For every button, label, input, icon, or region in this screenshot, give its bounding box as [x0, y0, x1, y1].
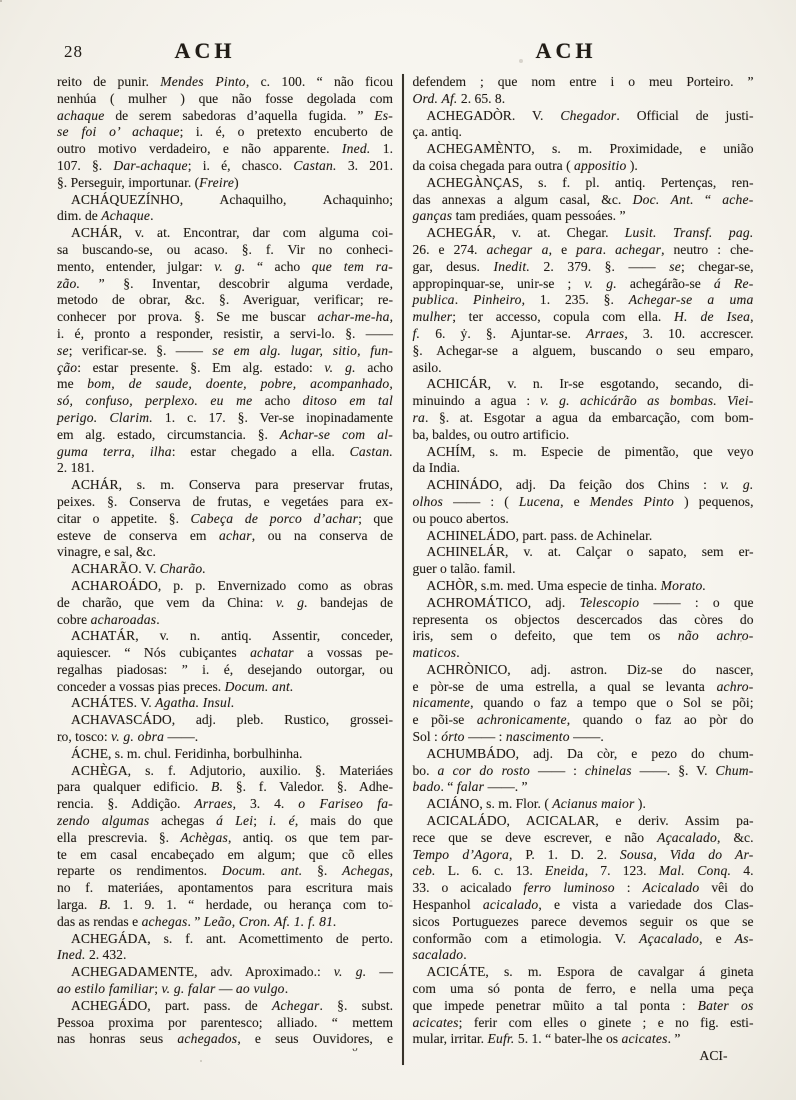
text-line: ACHEGADAMENTE, adv. Aproximado.: v. g. — — [57, 964, 393, 981]
text-line: mento, entender, julgar: v. g. “ acho qu… — [57, 259, 393, 276]
text-line: das as rendas e achegas. ” Leão, Cron. A… — [57, 914, 393, 931]
text-line: ACIÁNO, s. m. Flor. ( Acianus maior ). — [413, 796, 754, 813]
text-line: Ined. 2. 432. — [57, 947, 393, 964]
text-line: esteve de conserva em achar, ou na conse… — [57, 528, 393, 545]
text-line: ACHROMÁTICO, adj. Telescopio —— : o que — [413, 595, 754, 612]
text-line: nenhúa ( mulher ) que não fosse degolada… — [57, 91, 393, 108]
text-line: ella prescrevia. §. Achègas, antiq. os q… — [57, 830, 393, 847]
text-line: te em casal encabeçado em algum; que cõ … — [57, 847, 393, 864]
text-line: sa buscando-se, ou acaso. §. f. Vir no c… — [57, 242, 393, 259]
text-line: de charão, que vem da China: v. g. bande… — [57, 595, 393, 612]
text-line: defendem ; que nom entre i o meu Porteir… — [413, 74, 754, 91]
text-line: ACHÁR, v. at. Encontrar, dar com alguma … — [57, 225, 393, 242]
text-line: ACHRÒNICO, adj. astron. Diz-se do nascer… — [413, 662, 754, 679]
text-line: ra. §. at. Esgotar a agua da embarcação,… — [413, 410, 754, 427]
text-line: f. 6. ẏ. §. Ajuntar-se. Arraes, 3. 10. a… — [413, 326, 754, 343]
text-line: só, confuso, perplexo. eu me acho ditoso… — [57, 393, 393, 410]
text-line: olhos —— : ( Lucena, e Mendes Pinto ) pe… — [413, 494, 754, 511]
text-line: nas honras seus achegados, e seus Ouvido… — [57, 1031, 393, 1048]
text-line: e pòr-se de uma estrella, a qual se leva… — [413, 679, 754, 696]
text-line: 33. o acicalado ferro luminoso : Acicala… — [413, 880, 754, 897]
text-line: ÁCHE, s. m. chul. Feridinha, borbulhinha… — [57, 746, 393, 763]
text-line: mular, irritar. Eufr. 5. 1. “ bater-lhe … — [413, 1031, 754, 1048]
text-line: §. Perseguir, importunar. (Freire) — [57, 175, 393, 192]
text-line: para qualquer edificio. B. §. f. Valedor… — [57, 779, 393, 796]
text-line: ACHINELÁR, v. at. Calçar o sapato, sem e… — [413, 544, 754, 561]
text-line: regalhas piadosas: ” i. é, desejando out… — [57, 662, 393, 679]
text-line: Hespanhol acicalado, e vista a variedade… — [413, 897, 754, 914]
text-line: appropinquar-se, unir-se ; v. g. achegár… — [413, 276, 754, 293]
text-line: ACHARÃO. V. Charão. — [57, 561, 393, 578]
text-line: da coisa chegada para outra ( appositio … — [413, 158, 754, 175]
text-line: gar, desus. Inedit. 2. 379. §. —— se; ch… — [413, 259, 754, 276]
text-line: reparte os rendimentos. Docum. ant. §. A… — [57, 863, 393, 880]
text-line: ACHÁTES. V. Agatha. Insul. — [57, 695, 393, 712]
text-line: ACHÈGA, s. f. Adjutorio, auxilio. §. Mat… — [57, 763, 393, 780]
text-line: se foi o’ achaque; i. é, o pretexto encu… — [57, 124, 393, 141]
running-head-right: ACH — [536, 38, 597, 64]
text-line: sacalado. — [413, 947, 754, 964]
text-line: ACHEGAMÈNTO, s. m. Proximidade, e união — [413, 141, 754, 158]
text-line: rece que se deve escrever, e não Açacala… — [413, 830, 754, 847]
text-line: ganças tam prediáes, quam pessoáes. ” — [413, 208, 754, 225]
text-line: asilo. — [413, 360, 754, 377]
page-number: 28 — [64, 42, 83, 62]
text-line: metodo de obrar, &c. §. Averiguar, verif… — [57, 292, 393, 309]
text-line: ceb. L. 6. c. 13. Eneida, 7. 123. Mal. C… — [413, 863, 754, 880]
text-line: dim. de Achaque. — [57, 208, 393, 225]
text-line: outro motivo verdadeiro, e não apparente… — [57, 141, 393, 158]
text-line: no f. materiáes, apontamentos para escri… — [57, 880, 393, 897]
text-line: ACHAVASCÁDO, adj. pleb. Rustico, grossei… — [57, 712, 393, 729]
text-line: 107. §. Dar-achaque; i. é, chasco. Casta… — [57, 158, 393, 175]
text-line: ACHÁR, s. m. Conserva para preservar fru… — [57, 477, 393, 494]
text-line: conceder a vossas pias preces. Docum. an… — [57, 679, 393, 696]
text-line: ACHEGÀNÇAS, s. f. pl. antiq. Pertenças, … — [413, 175, 754, 192]
text-line: i. é, pronto a responder, resistir, a se… — [57, 326, 393, 343]
text-line: iris, sem o defeito, que tem os não achr… — [413, 628, 754, 645]
text-line: ACHINÁDO, adj. Da feição dos Chins : v. … — [413, 477, 754, 494]
text-line: ACHEGÁDA, s. f. ant. Acomettimento de pe… — [57, 931, 393, 948]
text-line: 26. e 274. achegar a, e para. achegar, n… — [413, 242, 754, 259]
text-line: em alg. estado, circumstancia. §. Achar-… — [57, 427, 393, 444]
text-line: ACHÍM, s. m. Especie de pimentão, que ve… — [413, 444, 754, 461]
text-line: e põi-se achronicamente, quando o faz ao… — [413, 712, 754, 729]
text-line: conhecer por prova. §. Se me buscar acha… — [57, 309, 393, 326]
text-line: ACHAROÁDO, p. p. Envernizado como as obr… — [57, 578, 393, 595]
text-line: ACHINELÁDO, part. pass. de Achinelar. — [413, 528, 754, 545]
page-header: 28 ACH ACH — [0, 38, 796, 72]
paper-noise — [0, 0, 2, 2]
text-line: ACHUMBÁDO, adj. Da còr, e pezo do chum- — [413, 746, 754, 763]
column-divider — [402, 74, 404, 1065]
text-line: 2. 181. — [57, 460, 393, 477]
text-line: publica. Pinheiro, 1. 235. §. Achegar-se… — [413, 292, 754, 309]
text-line: se; verificar-se. §. —— se em alg. lugar… — [57, 343, 393, 360]
text-line: ou pouco abertos. — [413, 511, 754, 528]
text-line: Sol : órto —— : nascimento ——. — [413, 729, 754, 746]
text-line: peixes. §. Conserva de frutas, e vegetáe… — [57, 494, 393, 511]
right-column: defendem ; que nom entre i o meu Porteir… — [413, 74, 754, 1065]
text-line: zendo algumas achegas á Lei; i. é, mais … — [57, 813, 393, 830]
catchword: ACI- — [413, 1048, 754, 1065]
text-block: reito de punir. Mendes Pinto, c. 100. “ … — [0, 72, 796, 1065]
text-line: ACHEGÁR, v. at. Chegar. Lusit. Transf. p… — [413, 225, 754, 242]
text-line: ACHÒR, s.m. med. Uma especie de tinha. M… — [413, 578, 754, 595]
text-line: das annexas a algum casal, &c. Doc. Ant.… — [413, 192, 754, 209]
ink-smudge: ᴗ — [351, 1042, 358, 1055]
text-line: guma terra, ilha: estar chegado a ella. … — [57, 444, 393, 461]
text-line: citar o appetite. §. Cabeça de porco d’a… — [57, 511, 393, 528]
text-line: zão. ” §. Inventar, descobrir alguma ver… — [57, 276, 393, 293]
text-line: minuindo a agua : v. g. achicárão as bom… — [413, 393, 754, 410]
text-line: ça. antiq. — [413, 124, 754, 141]
text-line: cobre acharoadas. — [57, 612, 393, 629]
text-line: representa os objectos descercados das c… — [413, 612, 754, 629]
text-line: larga. B. 1. 9. 1. “ herdade, ou herança… — [57, 897, 393, 914]
text-line: ACHEGÁDO, part. pass. de Achegar. §. sub… — [57, 998, 393, 1015]
text-line: me bom, de saude, doente, pobre, acompan… — [57, 376, 393, 393]
text-line: ao estilo familiar; v. g. falar — ao vul… — [57, 981, 393, 998]
running-head-left: ACH — [175, 38, 236, 64]
text-line: ACHICÁR, v. n. Ir-se esgotando, secando,… — [413, 376, 754, 393]
text-line: Tempo d’Agora, P. 1. D. 2. Sousa, Vida d… — [413, 847, 754, 864]
text-line: Ord. Af. 2. 65. 8. — [413, 91, 754, 108]
text-line: Pessoa proxima por parentesco; alliado. … — [57, 1015, 393, 1032]
text-line: ção: estar presente. §. Em alg. estado: … — [57, 360, 393, 377]
text-line: bo. a cor do rosto —— : chinelas ——. §. … — [413, 763, 754, 780]
text-line: ACICALÁDO, ACICALAR, e deriv. Assim pa- — [413, 813, 754, 830]
text-line: que impede penetrar mũito a tal ponta : … — [413, 998, 754, 1015]
text-line: achaque de serem sabedoras d’aquella fug… — [57, 108, 393, 125]
text-line: com uma só ponta de ferro, e nella uma p… — [413, 981, 754, 998]
text-line: conformão com a etimologia. V. Açacalado… — [413, 931, 754, 948]
text-line: ACHÁQUEZÍNHO, Achaquilho, Achaquinho; — [57, 192, 393, 209]
text-line: guer o talão. famil. — [413, 561, 754, 578]
text-line: aquiescer. “ Nós cubiçantes achatar a vo… — [57, 645, 393, 662]
text-line: ba, baldes, ou outro artificio. — [413, 427, 754, 444]
text-line: ro, tosco: v. g. obra ——. — [57, 729, 393, 746]
text-line: perigo. Clarim. 1. c. 17. §. Ver-se inop… — [57, 410, 393, 427]
text-line: maticos. — [413, 645, 754, 662]
left-column: reito de punir. Mendes Pinto, c. 100. “ … — [57, 74, 393, 1065]
text-line: §. Achegar-se a alguem, buscando o seu e… — [413, 343, 754, 360]
text-line: sicos Portuguezes parece devemos seguir … — [413, 914, 754, 931]
text-line: rencia. §. Addição. Arraes, 3. 4. o Fari… — [57, 796, 393, 813]
text-line: mulher; ter accesso, copula com ella. H.… — [413, 309, 754, 326]
text-line: vinagre, e sal, &c. — [57, 544, 393, 561]
text-line: ACHEGADÒR. V. Chegador. Official de just… — [413, 108, 754, 125]
text-line: ACICÁTE, s. m. Espora de cavalgar á gine… — [413, 964, 754, 981]
text-line: acicates; ferir com elles o ginete ; e n… — [413, 1015, 754, 1032]
text-line: nicamente, quando o faz a tempo que o So… — [413, 695, 754, 712]
text-line: reito de punir. Mendes Pinto, c. 100. “ … — [57, 74, 393, 91]
text-line: ACHATÁR, v. n. antiq. Assentir, conceder… — [57, 628, 393, 645]
text-line: da India. — [413, 460, 754, 477]
scanned-dictionary-page: 28 ACH ACH reito de punir. Mendes Pinto,… — [0, 0, 796, 1100]
text-line: bado. “ falar ——. ” — [413, 779, 754, 796]
